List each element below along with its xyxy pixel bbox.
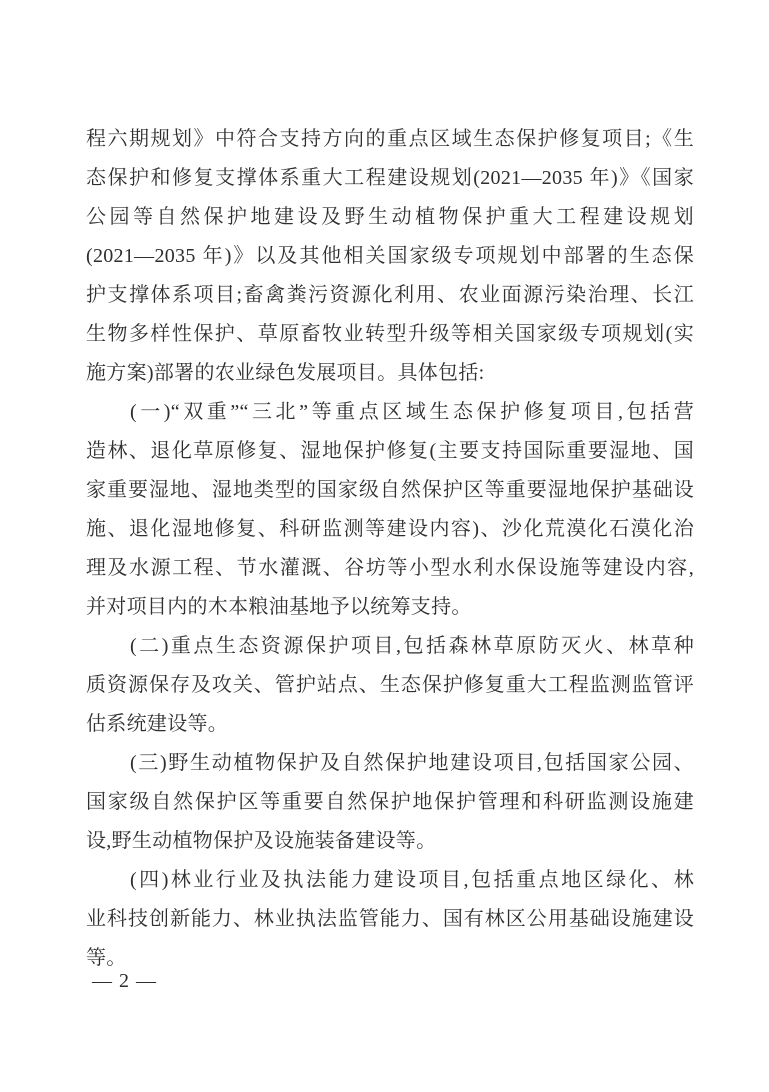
text-line: 程六期规划》中符合支持方向的重点区域生态保护修复项目;《生 (86, 120, 694, 159)
page-number: — 2 — (92, 968, 157, 994)
text-line: 施方案)部署的农业绿色发展项目。具体包括: (86, 354, 694, 393)
text-line: 国家级自然保护区等重要自然保护地保护管理和科研监测设施建 (86, 783, 694, 822)
text-line: 质资源保存及攻关、管护站点、生态保护修复重大工程监测监管评 (86, 666, 694, 705)
text-line: 生物多样性保护、草原畜牧业转型升级等相关国家级专项规划(实 (86, 315, 694, 354)
text-line: (二)重点生态资源保护项目,包括森林草原防灭火、林草种 (86, 627, 694, 666)
text-line: 家重要湿地、湿地类型的国家级自然保护区等重要湿地保护基础设 (86, 471, 694, 510)
document-page: 程六期规划》中符合支持方向的重点区域生态保护修复项目;《生态保护和修复支撑体系重… (0, 0, 769, 1092)
text-line: 等。 (86, 939, 694, 978)
text-line: (一)“双重”“三北”等重点区域生态保护修复项目,包括营 (86, 393, 694, 432)
text-line: 施、退化湿地修复、科研监测等建设内容)、沙化荒漠化石漠化治 (86, 510, 694, 549)
text-line: (三)野生动植物保护及自然保护地建设项目,包括国家公园、 (86, 744, 694, 783)
text-line: 估系统建设等。 (86, 705, 694, 744)
text-line: 并对项目内的木本粮油基地予以统筹支持。 (86, 588, 694, 627)
text-line: 公园等自然保护地建设及野生动植物保护重大工程建设规划 (86, 198, 694, 237)
page-body-text: 程六期规划》中符合支持方向的重点区域生态保护修复项目;《生态保护和修复支撑体系重… (86, 120, 694, 978)
text-line: 理及水源工程、节水灌溉、谷坊等小型水利水保设施等建设内容, (86, 549, 694, 588)
text-line: 设,野生动植物保护及设施装备建设等。 (86, 822, 694, 861)
text-line: (四)林业行业及执法能力建设项目,包括重点地区绿化、林 (86, 861, 694, 900)
text-line: 造林、退化草原修复、湿地保护修复(主要支持国际重要湿地、国 (86, 432, 694, 471)
text-line: 业科技创新能力、林业执法监管能力、国有林区公用基础设施建设 (86, 900, 694, 939)
text-line: (2021—2035 年)》以及其他相关国家级专项规划中部署的生态保 (86, 237, 694, 276)
text-line: 态保护和修复支撑体系重大工程建设规划(2021—2035 年)》《国家 (86, 159, 694, 198)
text-line: 护支撑体系项目;畜禽粪污资源化利用、农业面源污染治理、长江 (86, 276, 694, 315)
